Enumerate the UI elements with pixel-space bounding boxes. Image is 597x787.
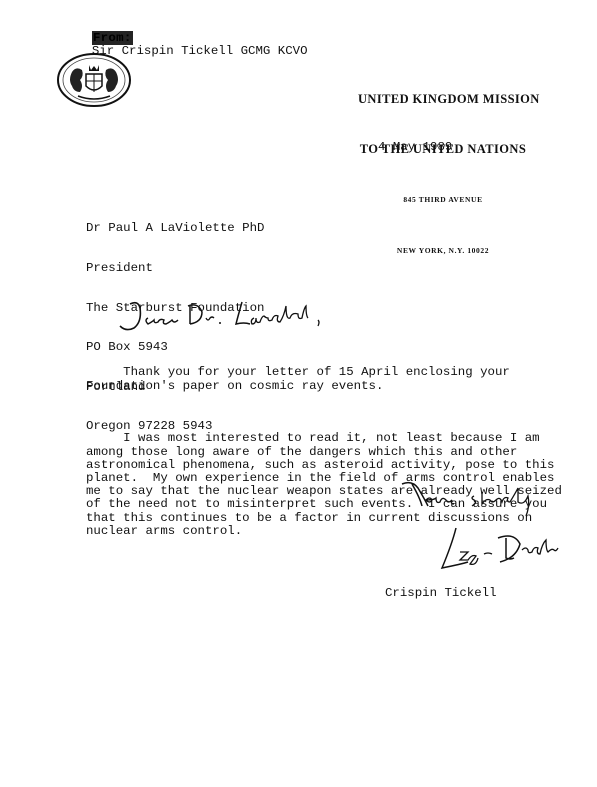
signer-name: Crispin Tickell [385,587,497,600]
handwritten-closing: Yours sincerely [398,478,558,516]
letterhead: UNITED KINGDOM MISSION TO THE UNITED NAT… [358,56,528,276]
from-label: From: [92,31,133,45]
recipient-line: President [86,262,264,275]
royal-coat-of-arms-icon [56,52,132,108]
letterhead-city: NEW YORK, N.Y. 10022 [358,244,528,258]
body-paragraph: Thank you for your letter of 15 April en… [86,366,566,392]
handwritten-signature [438,524,568,574]
recipient-line: Dr Paul A LaViolette PhD [86,222,264,235]
handwritten-salutation: Dear Dr. LaViolette, [118,296,328,336]
letterhead-street: 845 THIRD AVENUE [358,193,528,207]
letterhead-line-1: UNITED KINGDOM MISSION [358,92,528,106]
letter-date: 4 May 1989 [378,141,452,154]
